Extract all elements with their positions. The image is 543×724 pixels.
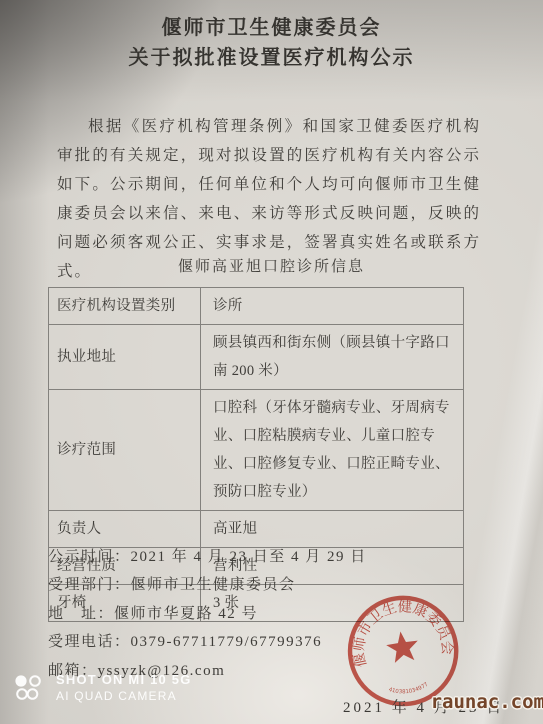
footer-value: 偃师市卫生健康委员会	[131, 577, 296, 593]
table-row: 医疗机构设置类别 诊所	[49, 288, 464, 325]
quad-camera-icon	[13, 674, 47, 702]
footer-label: 地 址：	[48, 606, 114, 622]
row-label: 负责人	[49, 511, 201, 548]
camera-watermark-line1: SHOT ON MI 10 5G	[56, 672, 192, 687]
document-title-line1: 偃师市卫生健康委员会	[0, 13, 543, 43]
footer-label: 公示时间：	[48, 549, 131, 565]
table-row: 执业地址 顾县镇西和街东侧（顾县镇十字路口南 200 米）	[49, 325, 464, 390]
table-row: 诊疗范围 口腔科（牙体牙髓病专业、牙周病专业、口腔粘膜病专业、儿童口腔专业、口腔…	[49, 390, 464, 511]
row-label: 医疗机构设置类别	[49, 288, 201, 325]
table-title: 偃师高亚旭口腔诊所信息	[0, 255, 543, 276]
row-label: 执业地址	[49, 325, 201, 390]
camera-watermark: SHOT ON MI 10 5G AI QUAD CAMERA	[13, 672, 192, 703]
row-value: 诊所	[201, 288, 464, 325]
document-title-line2: 关于拟批准设置医疗机构公示	[0, 43, 543, 73]
row-value: 口腔科（牙体牙髓病专业、牙周病专业、口腔粘膜病专业、儿童口腔专业、口腔修复专业、…	[201, 390, 464, 511]
row-label: 诊疗范围	[49, 390, 201, 511]
seal-star-icon	[385, 629, 421, 663]
footer-value: 偃师市华夏路 42 号	[114, 606, 258, 622]
camera-watermark-line2: AI QUAD CAMERA	[56, 689, 192, 703]
footer-line-publicity-period: 公示时间：2021 年 4 月 23 日至 4 月 29 日	[48, 543, 498, 571]
footer-label: 受理部门：	[48, 577, 131, 593]
camera-watermark-text: SHOT ON MI 10 5G AI QUAD CAMERA	[56, 672, 192, 703]
footer-value: 2021 年 4 月 23 日至 4 月 29 日	[131, 549, 367, 565]
footer-value: 0379-67711779/67799376	[131, 634, 323, 650]
document-title: 偃师市卫生健康委员会 关于拟批准设置医疗机构公示	[0, 13, 543, 73]
footer-label: 受理电话：	[48, 634, 131, 650]
site-watermark: raunac.com	[431, 691, 543, 713]
row-value: 高亚旭	[201, 511, 464, 548]
table-row: 负责人 高亚旭	[49, 511, 464, 548]
row-value: 顾县镇西和街东侧（顾县镇十字路口南 200 米）	[201, 325, 464, 390]
